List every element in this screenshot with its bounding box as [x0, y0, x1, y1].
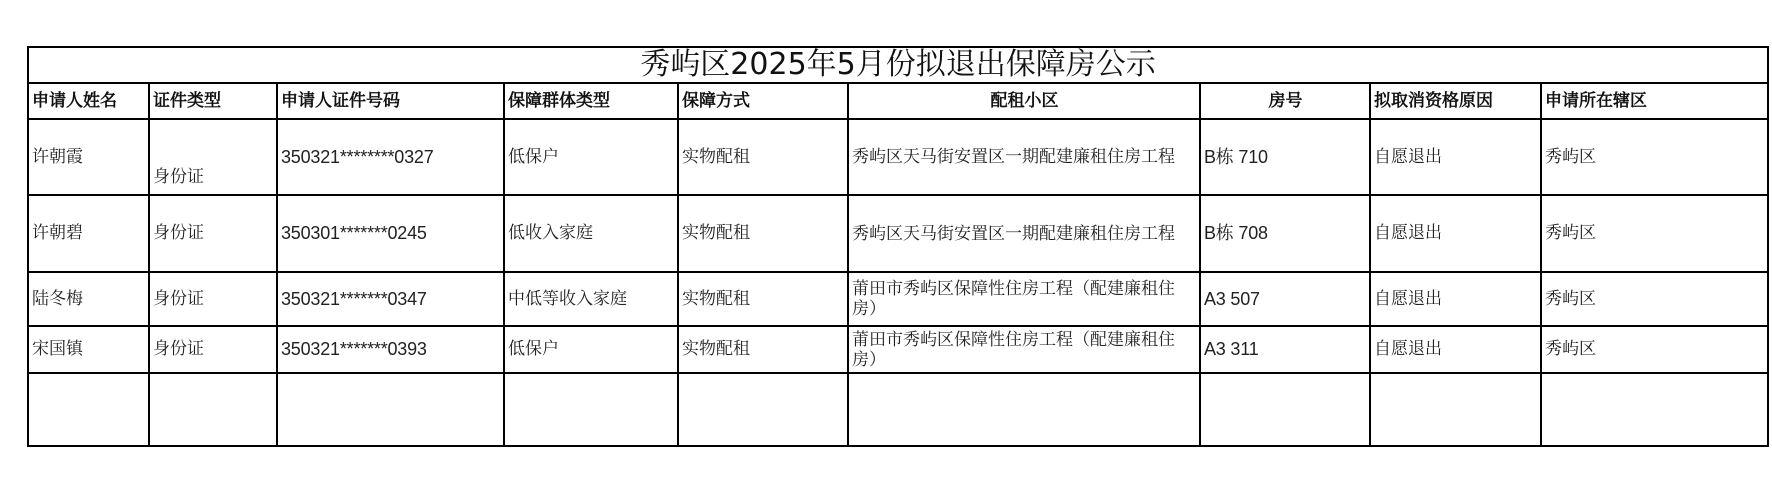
- header-community: 配租小区: [848, 83, 1200, 119]
- cell-reason: 自愿退出: [1370, 119, 1541, 195]
- header-group-type: 保障群体类型: [504, 83, 678, 119]
- cell-group-type: 低保户: [504, 119, 678, 195]
- cell-reason: 自愿退出: [1370, 326, 1541, 373]
- cell-applicant-name: 宋国镇: [28, 326, 149, 373]
- table-row: 陆冬梅 身份证 350321*******0347 中低等收入家庭 实物配租 莆…: [28, 272, 1768, 326]
- cell-method: 实物配租: [678, 119, 848, 195]
- cell-applicant-name: 陆冬梅: [28, 272, 149, 326]
- cell-id-type: 身份证: [149, 195, 277, 272]
- empty-cell: [28, 373, 149, 446]
- cell-room: A3 311: [1200, 326, 1370, 373]
- empty-cell: [1541, 373, 1768, 446]
- header-applicant-name: 申请人姓名: [28, 83, 149, 119]
- table-row: 许朝碧 身份证 350301*******0245 低收入家庭 实物配租 秀屿区…: [28, 195, 1768, 272]
- cell-id-number: 350321********0327: [277, 119, 504, 195]
- cell-reason: 自愿退出: [1370, 195, 1541, 272]
- cell-method: 实物配租: [678, 272, 848, 326]
- empty-cell: [678, 373, 848, 446]
- empty-cell: [277, 373, 504, 446]
- cell-district: 秀屿区: [1541, 119, 1768, 195]
- header-id-type: 证件类型: [149, 83, 277, 119]
- public-notice-table: 秀屿区2025年5月份拟退出保障房公示 申请人姓名 证件类型 申请人证件号码 保…: [27, 46, 1769, 447]
- page-title: 秀屿区2025年5月份拟退出保障房公示: [28, 47, 1768, 83]
- cell-method: 实物配租: [678, 326, 848, 373]
- cell-district: 秀屿区: [1541, 195, 1768, 272]
- cell-id-number: 350321*******0347: [277, 272, 504, 326]
- cell-community: 秀屿区天马街安置区一期配建廉租住房工程: [848, 119, 1200, 195]
- cell-group-type: 低保户: [504, 326, 678, 373]
- header-method: 保障方式: [678, 83, 848, 119]
- cell-community: 莆田市秀屿区保障性住房工程（配建廉租住房）: [848, 272, 1200, 326]
- empty-cell: [1370, 373, 1541, 446]
- table-row: 宋国镇 身份证 350321*******0393 低保户 实物配租 莆田市秀屿…: [28, 326, 1768, 373]
- empty-cell: [149, 373, 277, 446]
- title-row: 秀屿区2025年5月份拟退出保障房公示: [28, 47, 1768, 83]
- header-room: 房号: [1200, 83, 1370, 119]
- cell-community: 秀屿区天马街安置区一期配建廉租住房工程: [848, 195, 1200, 272]
- cell-reason: 自愿退出: [1370, 272, 1541, 326]
- table-row: 许朝霞 身份证 350321********0327 低保户 实物配租 秀屿区天…: [28, 119, 1768, 195]
- empty-cell: [848, 373, 1200, 446]
- cell-room: B栋 710: [1200, 119, 1370, 195]
- cell-id-number: 350301*******0245: [277, 195, 504, 272]
- cell-id-type: 身份证: [149, 119, 277, 195]
- cell-room: B栋 708: [1200, 195, 1370, 272]
- header-row: 申请人姓名 证件类型 申请人证件号码 保障群体类型 保障方式 配租小区 房号 拟…: [28, 83, 1768, 119]
- cell-group-type: 中低等收入家庭: [504, 272, 678, 326]
- header-district: 申请所在辖区: [1541, 83, 1768, 119]
- cell-id-type: 身份证: [149, 326, 277, 373]
- header-reason: 拟取消资格原因: [1370, 83, 1541, 119]
- header-id-number: 申请人证件号码: [277, 83, 504, 119]
- cell-applicant-name: 许朝碧: [28, 195, 149, 272]
- cell-method: 实物配租: [678, 195, 848, 272]
- empty-cell: [504, 373, 678, 446]
- empty-table-row: [28, 373, 1768, 446]
- empty-cell: [1200, 373, 1370, 446]
- cell-id-number: 350321*******0393: [277, 326, 504, 373]
- cell-community: 莆田市秀屿区保障性住房工程（配建廉租住房）: [848, 326, 1200, 373]
- cell-group-type: 低收入家庭: [504, 195, 678, 272]
- cell-applicant-name: 许朝霞: [28, 119, 149, 195]
- cell-district: 秀屿区: [1541, 272, 1768, 326]
- cell-id-type: 身份证: [149, 272, 277, 326]
- cell-district: 秀屿区: [1541, 326, 1768, 373]
- cell-room: A3 507: [1200, 272, 1370, 326]
